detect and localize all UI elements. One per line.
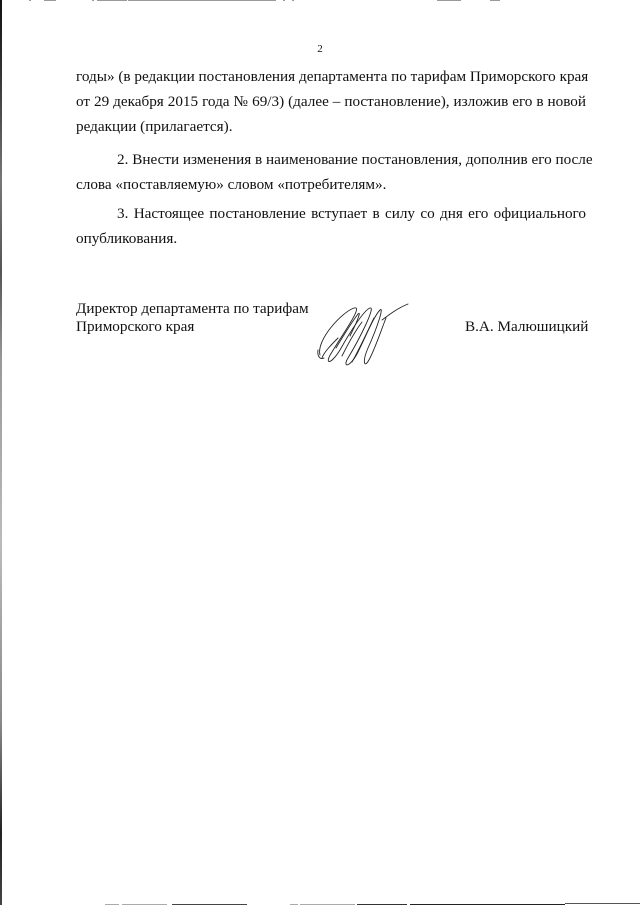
- text-line: от 29 декабря 2015 года № 69/3) (далее –…: [76, 89, 586, 114]
- text-line: слова «поставляемую» словом «потребителя…: [76, 172, 586, 197]
- paragraph-item-2: 2. Внести изменения в наименование поста…: [76, 147, 586, 197]
- position-line: Директор департамента по тарифам: [76, 300, 309, 318]
- signer-position: Директор департамента по тарифам Приморс…: [76, 300, 309, 336]
- text-line: опубликования.: [76, 226, 586, 251]
- text-line: 3. Настоящее постановление вступает в си…: [76, 201, 586, 226]
- paragraph-item-3: 3. Настоящее постановление вступает в си…: [76, 201, 586, 251]
- signer-name: В.А. Малюшицкий: [465, 318, 588, 336]
- handwritten-signature-icon: [312, 300, 412, 372]
- scan-top-edge: [0, 0, 640, 2]
- text-line: годы» (в редакции постановления департам…: [76, 64, 586, 89]
- paragraph-continuation: годы» (в редакции постановления департам…: [76, 64, 586, 139]
- page-number: 2: [0, 43, 640, 55]
- position-line: Приморского края: [76, 318, 309, 336]
- scan-left-edge: [0, 0, 2, 905]
- text-line: редакции (прилагается).: [76, 114, 586, 139]
- text-line: 2. Внести изменения в наименование поста…: [76, 147, 586, 172]
